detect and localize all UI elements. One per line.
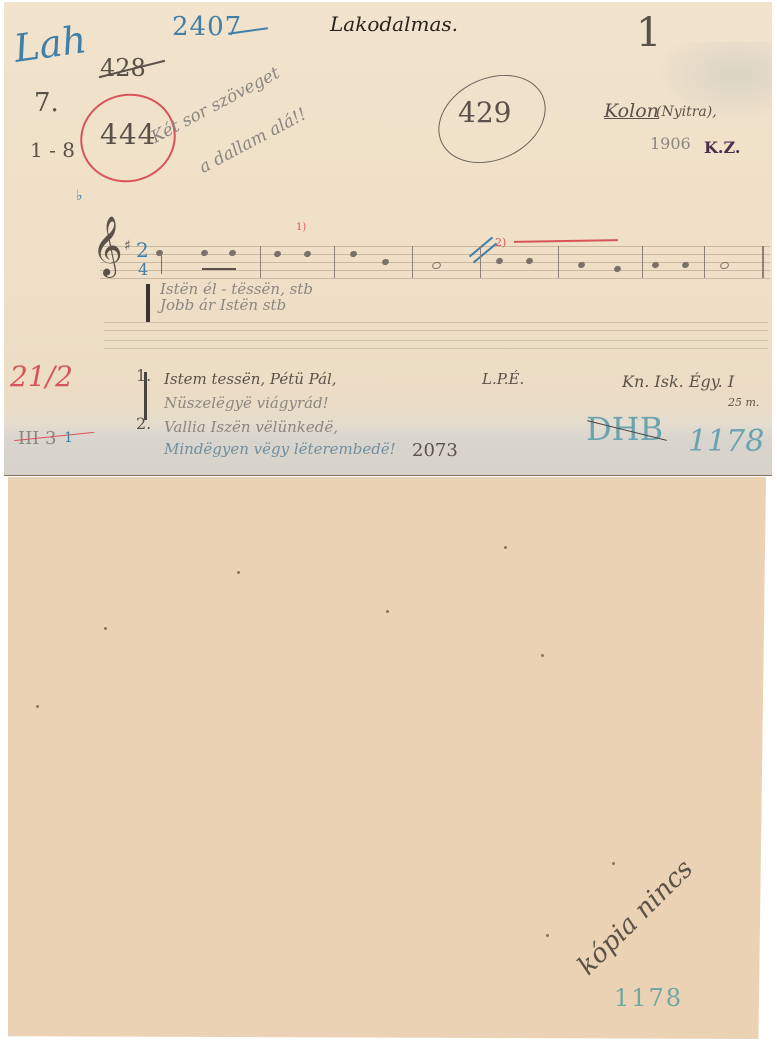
backing-paper [8, 477, 766, 1039]
source-reference: L.P.É. [482, 370, 524, 388]
page-number: 1 [636, 10, 661, 56]
catalog-number-top: 2407 [172, 12, 242, 42]
blue-one: 1 [64, 430, 73, 446]
time-signature-bottom: 4 [138, 262, 148, 278]
mark-2: 2) [495, 236, 506, 249]
red-fraction: 21/2 [10, 360, 73, 393]
verse-1-line-2: Nüszelëgyë viágyrád! [164, 394, 329, 412]
verse-1-line-1: Istem tessën, Pétü Pál, [164, 370, 337, 388]
treble-clef-icon: 𝄞 [92, 220, 123, 272]
year: 1906 [650, 134, 691, 153]
time-signature-top: 2 [136, 240, 149, 260]
verse-2-line-2: Mindëgyen vëgy lëterembedë! [164, 440, 396, 458]
lyrics-line-2: Jobb ár Istën stb [160, 296, 286, 314]
catalog-number-circled-pencil: 429 [458, 96, 511, 129]
mark-1: 1) [296, 222, 306, 233]
key-signature: ♯ [124, 238, 131, 254]
song-title: Lakodalmas. [330, 12, 458, 36]
stamp-kz: K.Z. [704, 138, 740, 157]
region-name: (Nyitra), [656, 104, 717, 120]
collection-sub: 25 m. [728, 396, 759, 409]
catalog-number-bottom: 1178 [614, 984, 683, 1012]
verse-bracket [146, 284, 150, 322]
left-number: 7. [34, 88, 59, 118]
sharp-mark: ♭ [76, 188, 83, 204]
beam [202, 268, 236, 270]
catalog-number-circled: 444 [100, 118, 156, 151]
range-label: 1 - 8 [30, 138, 75, 162]
verse-2-number: 2. [136, 414, 151, 433]
catalog-number-2073: 2073 [412, 440, 458, 461]
verse-2-line-1: Vallia Iszën vëlünkedë, [164, 418, 338, 436]
collection-reference: Kn. Isk. Égy. I [622, 372, 734, 391]
place-name: Kolon [604, 100, 659, 122]
verse-1-number: 1. [136, 366, 151, 385]
catalog-number-1178: 1178 [688, 424, 764, 459]
repeat-bar [762, 246, 764, 278]
